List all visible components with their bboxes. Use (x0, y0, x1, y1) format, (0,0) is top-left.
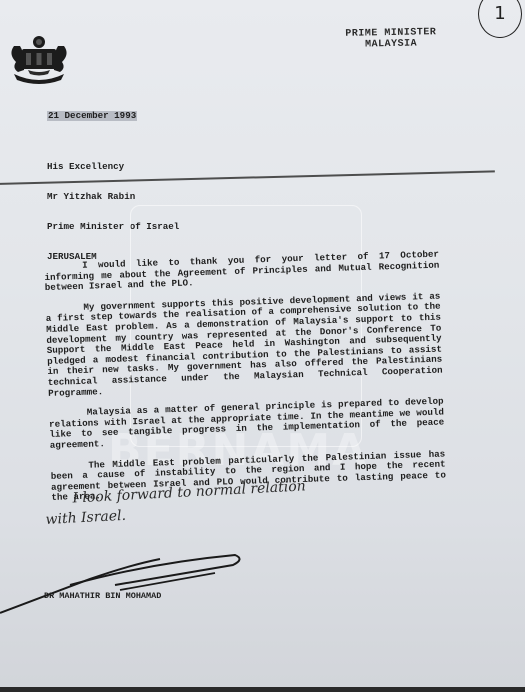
paragraph: My government supports this positive dev… (45, 291, 443, 399)
signature-scribble (0, 545, 260, 615)
addressee-name: Mr Yitzhak Rabin (47, 192, 179, 202)
page-number: 1 (479, 3, 521, 24)
letterhead: PRIME MINISTER MALAYSIA (336, 27, 446, 51)
scanned-letter-page: PRIME MINISTER MALAYSIA 1 21 December 19… (0, 0, 525, 687)
letterhead-country: MALAYSIA (336, 38, 446, 51)
addressee-salutation: His Excellency (47, 162, 179, 172)
letter-date: 21 December 1993 (47, 111, 137, 121)
signatory-name: DR MAHATHIR BIN MOHAMAD (44, 591, 161, 601)
page-number-circle: 1 (478, 0, 522, 38)
paragraph: Malaysia as a matter of general principl… (49, 397, 445, 452)
coat-of-arms-icon (8, 32, 70, 88)
letter-body: I would like to thank you for your lette… (44, 250, 447, 514)
